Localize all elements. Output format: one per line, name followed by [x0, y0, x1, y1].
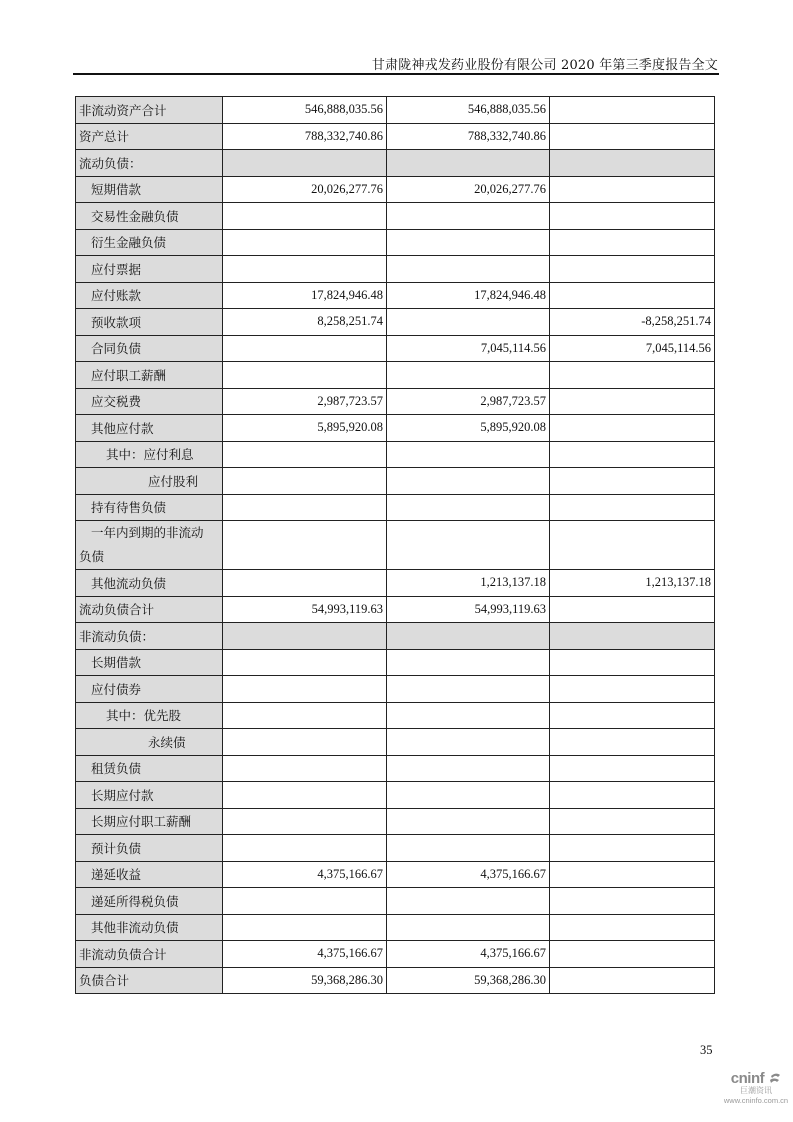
- row-label: 其中：应付利息: [76, 441, 223, 468]
- cell-value: [223, 782, 387, 809]
- table-row: 衍生金融负债: [76, 229, 715, 256]
- cell-value: [387, 150, 550, 177]
- row-label: 资产总计: [76, 123, 223, 150]
- row-label: 其他流动负债: [76, 570, 223, 597]
- cell-value: [387, 256, 550, 283]
- balance-sheet-table: 非流动资产合计 546,888,035.56 546,888,035.56 资产…: [75, 96, 715, 994]
- cell-value: 546,888,035.56: [387, 97, 550, 124]
- cell-value: [387, 229, 550, 256]
- cell-value: [387, 362, 550, 389]
- swoosh-icon: [769, 1072, 781, 1084]
- cell-value: 7,045,114.56: [550, 335, 715, 362]
- row-label: 递延所得税负债: [76, 888, 223, 915]
- cell-value: [550, 97, 715, 124]
- table-row: 非流动负债合计 4,375,166.67 4,375,166.67: [76, 941, 715, 968]
- cell-value: [387, 623, 550, 650]
- row-label: 短期借款: [76, 176, 223, 203]
- table-row: 递延所得税负债: [76, 888, 715, 915]
- row-label: 应交税费: [76, 388, 223, 415]
- cell-value: [550, 702, 715, 729]
- cell-value: [223, 570, 387, 597]
- row-label: 流动负债合计: [76, 596, 223, 623]
- table-row: 一年内到期的非流动负债: [76, 521, 715, 570]
- cell-value: [223, 676, 387, 703]
- section-label: 流动负债：: [76, 150, 223, 177]
- row-label: 持有待售负债: [76, 494, 223, 521]
- cninfo-logo: cninf 巨潮资讯 www.cninfo.com.cn: [721, 1068, 791, 1105]
- cell-value: 7,045,114.56: [387, 335, 550, 362]
- table-row: 租赁负债: [76, 755, 715, 782]
- cell-value: [550, 808, 715, 835]
- table-row: 其他非流动负债: [76, 914, 715, 941]
- cell-value: [550, 494, 715, 521]
- cell-value: [550, 649, 715, 676]
- table-row: 资产总计 788,332,740.86 788,332,740.86: [76, 123, 715, 150]
- cell-value: [550, 521, 715, 570]
- cell-value: [550, 914, 715, 941]
- cell-value: 59,368,286.30: [223, 967, 387, 994]
- cell-value: [550, 282, 715, 309]
- cell-value: [223, 623, 387, 650]
- cell-value: [550, 415, 715, 442]
- cell-value: [387, 676, 550, 703]
- cell-value: [550, 782, 715, 809]
- section-label: 非流动负债：: [76, 623, 223, 650]
- cell-value: 4,375,166.67: [223, 861, 387, 888]
- cell-value: 20,026,277.76: [223, 176, 387, 203]
- logo-url: www.cninfo.com.cn: [721, 1096, 791, 1105]
- table-row: 其中：优先股: [76, 702, 715, 729]
- row-label: 非流动负债合计: [76, 941, 223, 968]
- cell-value: 788,332,740.86: [387, 123, 550, 150]
- cell-value: [223, 335, 387, 362]
- row-label: 递延收益: [76, 861, 223, 888]
- table-row: 非流动资产合计 546,888,035.56 546,888,035.56: [76, 97, 715, 124]
- table-row: 应付股利: [76, 468, 715, 495]
- table-row: 应付债券: [76, 676, 715, 703]
- section-header-row: 非流动负债：: [76, 623, 715, 650]
- cell-value: [223, 888, 387, 915]
- cell-value: 5,895,920.08: [223, 415, 387, 442]
- table-row: 长期应付职工薪酬: [76, 808, 715, 835]
- cell-value: [550, 441, 715, 468]
- cell-value: [223, 729, 387, 756]
- cell-value: [223, 755, 387, 782]
- page-number: 35: [700, 1043, 713, 1058]
- cell-value: 54,993,119.63: [223, 596, 387, 623]
- cell-value: [387, 729, 550, 756]
- row-label: 其他应付款: [76, 415, 223, 442]
- cell-value: 4,375,166.67: [387, 941, 550, 968]
- cell-value: [550, 676, 715, 703]
- row-label: 长期借款: [76, 649, 223, 676]
- cell-value: [550, 256, 715, 283]
- cell-value: [387, 441, 550, 468]
- row-label: 一年内到期的非流动负债: [76, 521, 223, 570]
- table-row: 递延收益 4,375,166.67 4,375,166.67: [76, 861, 715, 888]
- row-label: 长期应付职工薪酬: [76, 808, 223, 835]
- cell-value: [387, 914, 550, 941]
- table-row: 短期借款 20,026,277.76 20,026,277.76: [76, 176, 715, 203]
- cell-value: [387, 702, 550, 729]
- cell-value: [550, 729, 715, 756]
- row-label: 应付股利: [76, 468, 223, 495]
- cell-value: [550, 388, 715, 415]
- cell-value: [223, 150, 387, 177]
- cell-value: [223, 468, 387, 495]
- cell-value: [223, 441, 387, 468]
- cell-value: [387, 521, 550, 570]
- table-row: 预计负债: [76, 835, 715, 862]
- cell-value: [550, 468, 715, 495]
- cell-value: [387, 782, 550, 809]
- cell-value: 2,987,723.57: [387, 388, 550, 415]
- cell-value: [387, 808, 550, 835]
- row-label: 其中：优先股: [76, 702, 223, 729]
- cell-value: 17,824,946.48: [387, 282, 550, 309]
- cell-value: [387, 203, 550, 230]
- cell-value: -8,258,251.74: [550, 309, 715, 336]
- cell-value: [387, 835, 550, 862]
- table-row: 应付职工薪酬: [76, 362, 715, 389]
- table-row: 应付票据: [76, 256, 715, 283]
- table-row: 交易性金融负债: [76, 203, 715, 230]
- cell-value: [387, 649, 550, 676]
- cell-value: [223, 256, 387, 283]
- cell-value: 2,987,723.57: [223, 388, 387, 415]
- header-divider: [73, 73, 719, 75]
- cell-value: 17,824,946.48: [223, 282, 387, 309]
- cell-value: 1,213,137.18: [387, 570, 550, 597]
- cell-value: [550, 150, 715, 177]
- cell-value: 59,368,286.30: [387, 967, 550, 994]
- table-row: 长期借款: [76, 649, 715, 676]
- cell-value: [223, 702, 387, 729]
- cell-value: [387, 309, 550, 336]
- table-row: 应付账款 17,824,946.48 17,824,946.48: [76, 282, 715, 309]
- row-label: 租赁负债: [76, 755, 223, 782]
- cell-value: [223, 914, 387, 941]
- row-label: 负债合计: [76, 967, 223, 994]
- row-label: 应付职工薪酬: [76, 362, 223, 389]
- cell-value: [550, 835, 715, 862]
- row-label: 非流动资产合计: [76, 97, 223, 124]
- row-label: 预计负债: [76, 835, 223, 862]
- row-label: 应付债券: [76, 676, 223, 703]
- table-row: 其他应付款 5,895,920.08 5,895,920.08: [76, 415, 715, 442]
- cell-value: [550, 941, 715, 968]
- document-header-title: 甘肃陇神戎发药业股份有限公司 2020 年第三季度报告全文: [74, 54, 718, 74]
- row-label: 长期应付款: [76, 782, 223, 809]
- cell-value: [550, 623, 715, 650]
- cell-value: [550, 176, 715, 203]
- cell-value: [550, 123, 715, 150]
- row-label: 合同负债: [76, 335, 223, 362]
- cell-value: [223, 808, 387, 835]
- cell-value: 54,993,119.63: [387, 596, 550, 623]
- row-label: 应付账款: [76, 282, 223, 309]
- cell-value: 5,895,920.08: [387, 415, 550, 442]
- cell-value: 546,888,035.56: [223, 97, 387, 124]
- row-label: 交易性金融负债: [76, 203, 223, 230]
- cell-value: [387, 494, 550, 521]
- table-row: 其中：应付利息: [76, 441, 715, 468]
- row-label: 应付票据: [76, 256, 223, 283]
- cell-value: [550, 362, 715, 389]
- cell-value: [387, 468, 550, 495]
- row-label: 衍生金融负债: [76, 229, 223, 256]
- cell-value: [550, 596, 715, 623]
- cell-value: [387, 888, 550, 915]
- row-label: 预收款项: [76, 309, 223, 336]
- cell-value: 20,026,277.76: [387, 176, 550, 203]
- cell-value: [550, 888, 715, 915]
- table-row: 流动负债合计 54,993,119.63 54,993,119.63: [76, 596, 715, 623]
- row-label: 其他非流动负债: [76, 914, 223, 941]
- cell-value: [550, 967, 715, 994]
- cell-value: 4,375,166.67: [223, 941, 387, 968]
- cell-value: [223, 521, 387, 570]
- cell-value: 788,332,740.86: [223, 123, 387, 150]
- row-label-line1: 一年内到期的非流动: [79, 525, 204, 540]
- table-row: 合同负债 7,045,114.56 7,045,114.56: [76, 335, 715, 362]
- table-row: 负债合计 59,368,286.30 59,368,286.30: [76, 967, 715, 994]
- cell-value: [223, 203, 387, 230]
- table-row: 永续债: [76, 729, 715, 756]
- cell-value: [550, 229, 715, 256]
- cell-value: [223, 362, 387, 389]
- table-row: 应交税费 2,987,723.57 2,987,723.57: [76, 388, 715, 415]
- cell-value: 8,258,251.74: [223, 309, 387, 336]
- table-row: 持有待售负债: [76, 494, 715, 521]
- cell-value: [550, 755, 715, 782]
- cell-value: [387, 755, 550, 782]
- table-row: 预收款项 8,258,251.74 -8,258,251.74: [76, 309, 715, 336]
- row-label-line2: 负债: [79, 549, 104, 564]
- cell-value: [550, 861, 715, 888]
- table-row: 其他流动负债 1,213,137.18 1,213,137.18: [76, 570, 715, 597]
- cell-value: [223, 494, 387, 521]
- cell-value: 1,213,137.18: [550, 570, 715, 597]
- cell-value: [223, 835, 387, 862]
- cell-value: [223, 229, 387, 256]
- section-header-row: 流动负债：: [76, 150, 715, 177]
- cell-value: [550, 203, 715, 230]
- cell-value: 4,375,166.67: [387, 861, 550, 888]
- cell-value: [223, 649, 387, 676]
- table-row: 长期应付款: [76, 782, 715, 809]
- row-label: 永续债: [76, 729, 223, 756]
